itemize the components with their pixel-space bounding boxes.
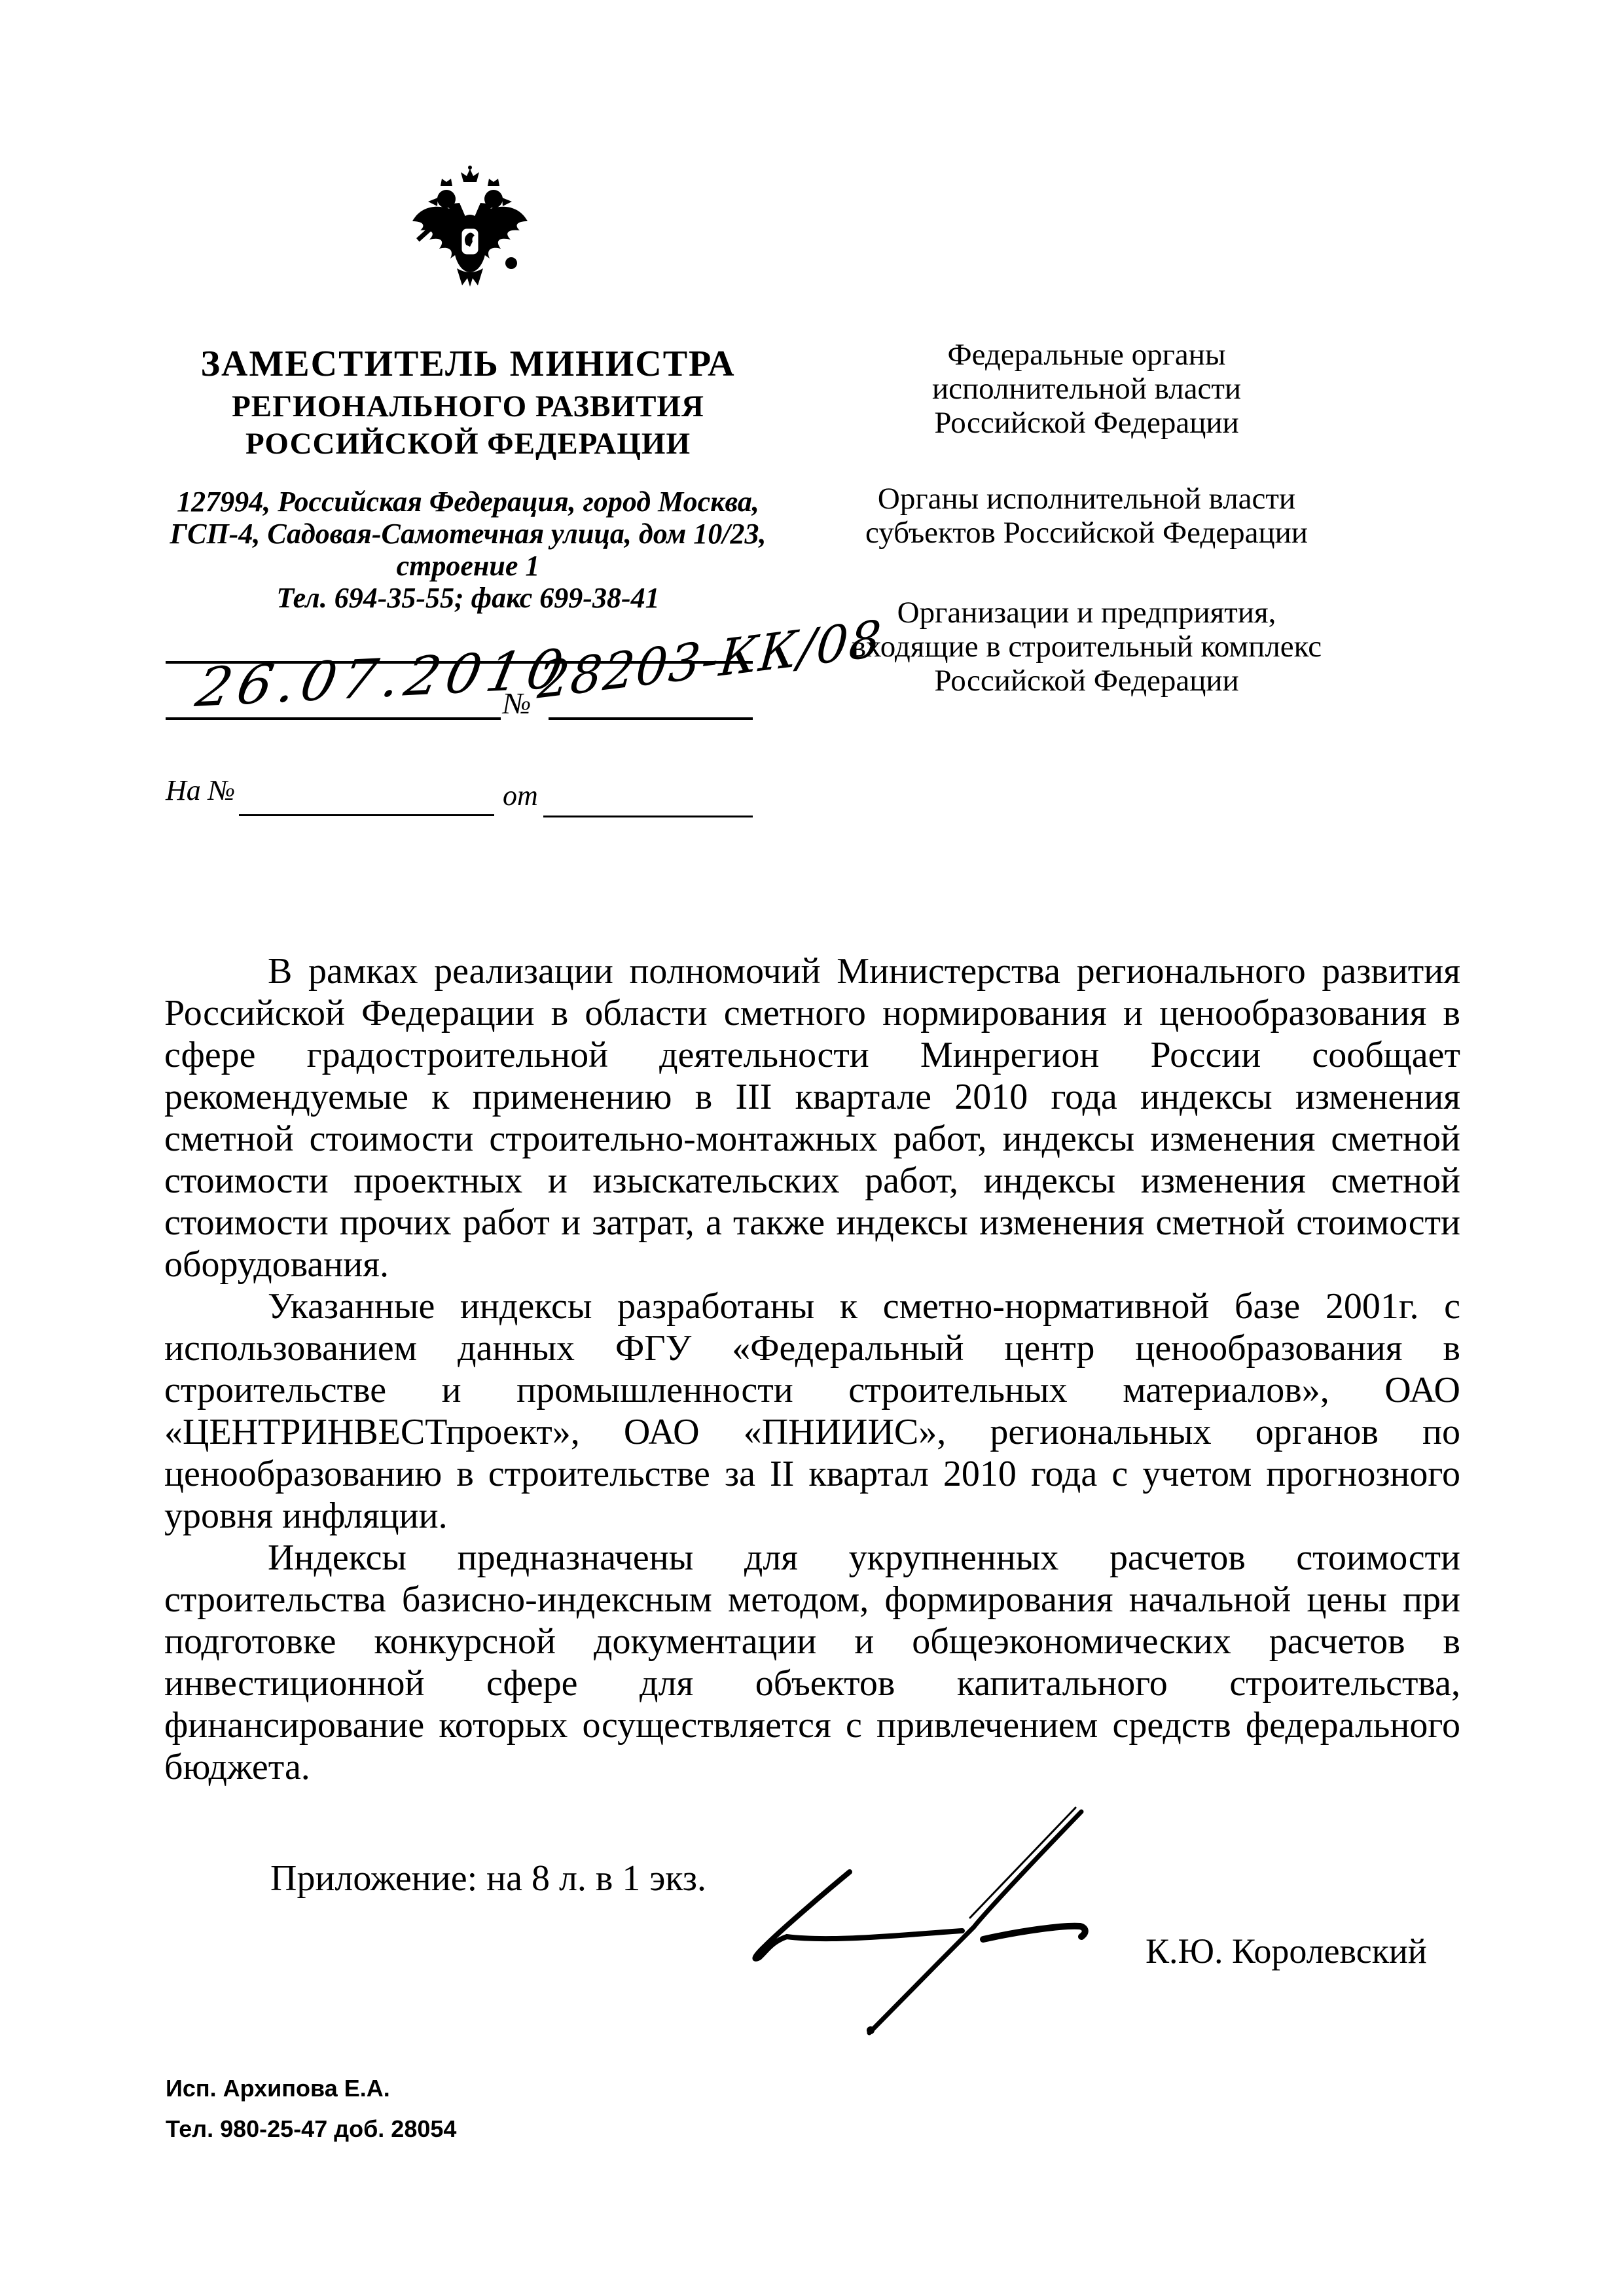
addressee-line: исполнительной власти [805, 372, 1368, 406]
attachment-note: Приложение: на 8 л. в 1 экз. [270, 1857, 706, 1899]
body-paragraph: Индексы предназначены для укрупненных ра… [164, 1537, 1460, 1788]
executor-name: Исп. Архипова Е.А. [166, 2068, 456, 2109]
russia-coat-of-arms-double-headed-eagle-icon [405, 165, 535, 306]
addressee-line: Органы исполнительной власти [805, 482, 1368, 516]
address-line: ГСП-4, Садовая-Самотечная улица, дом 10/… [164, 518, 772, 550]
reply-date-blank-rule [543, 816, 753, 817]
addressee-line: входящие в строительный комплекс [805, 630, 1368, 664]
addressee-line: Организации и предприятия, [805, 596, 1368, 630]
addressee-federal-bodies: Федеральные органы исполнительной власти… [805, 338, 1368, 440]
executor-block: Исп. Архипова Е.А. Тел. 980-25-47 доб. 2… [166, 2068, 456, 2149]
date-field-bottom-rule [166, 717, 501, 720]
number-sign-label: № [503, 686, 531, 721]
letterhead-title-line2: РЕГИОНАЛЬНОГО РАЗВИТИЯ [164, 389, 772, 424]
addressee-line: Российской Федерации [805, 664, 1368, 698]
signatory-name: К.Ю. Королевский [1146, 1931, 1427, 1971]
address-line: строение 1 [164, 550, 772, 582]
body-paragraph: Указанные индексы разработаны к сметно-н… [164, 1285, 1460, 1537]
addressee-line: Федеральные органы [805, 338, 1368, 372]
addressee-regional-bodies: Органы исполнительной власти субъектов Р… [805, 482, 1368, 550]
number-field-bottom-rule [549, 717, 753, 720]
reply-number-blank-rule [239, 814, 494, 816]
letterhead-title-line1: ЗАМЕСТИТЕЛЬ МИНИСТРА [164, 343, 772, 385]
addressee-line: Российской Федерации [805, 406, 1368, 440]
executor-phone: Тел. 980-25-47 доб. 28054 [166, 2109, 456, 2149]
addressee-line: субъектов Российской Федерации [805, 516, 1368, 550]
addressee-construction-organizations: Организации и предприятия, входящие в ст… [805, 596, 1368, 698]
letter-body: В рамках реализации полномочий Министерс… [164, 950, 1460, 1788]
reply-to-number-label: На № [166, 774, 235, 807]
address-line: Тел. 694-35-55; факс 699-38-41 [164, 582, 772, 614]
letterhead-title-line3: РОССИЙСКОЙ ФЕДЕРАЦИИ [164, 426, 772, 461]
reply-from-date-label: от [503, 779, 538, 812]
address-line: 127994, Российская Федерация, город Моск… [164, 486, 772, 518]
scanned-letter-page: ЗАМЕСТИТЕЛЬ МИНИСТРА РЕГИОНАЛЬНОГО РАЗВИ… [0, 0, 1624, 2296]
body-paragraph: В рамках реализации полномочий Министерс… [164, 950, 1460, 1285]
letterhead-address: 127994, Российская Федерация, город Моск… [164, 486, 772, 614]
